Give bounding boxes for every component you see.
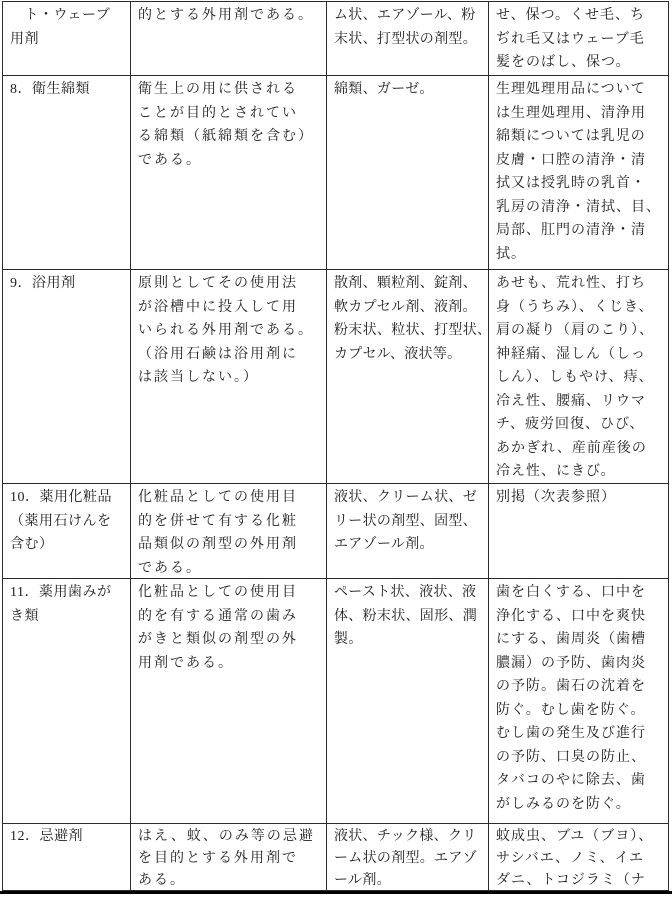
- description-cell: 衛生上の用に供される ことが目的とされてい る綿類（紙綿類を含む） である。: [131, 76, 327, 270]
- dosage-form-cell: 綿類、ガーゼ。: [327, 76, 489, 270]
- effects-cell: 生理処理用品について は生理処理用、清浄用 綿類については乳児の 皮膚・口腔の清…: [489, 76, 668, 270]
- effects-cell: 歯を白くする、口中を 浄化する、口中を爽快 にする、歯周炎（歯槽 膿漏）の予防、…: [489, 579, 668, 824]
- quasi-drug-classification-table: ト・ウェーブ 用剤 的とする外用剤である。 ム状、エアゾール、粉 末状、打型状の…: [2, 1, 669, 891]
- dosage-form-cell: 液状、チック様、クリ ーム状の剤型。エアゾ ール剤。: [327, 824, 489, 890]
- dosage-form-cell: ム状、エアゾール、粉 末状、打型状の剤型。: [327, 2, 489, 76]
- description-cell: はえ、蚊、のみ等の忌避 を目的とする外用剤で ある。: [131, 824, 327, 890]
- description-cell: 化粧品としての使用目 的を併せて有する化粧 品類似の剤型の外用剤 である。: [131, 484, 327, 579]
- dosage-form-cell: 液状、クリーム状、ゼ リー状の剤型、固型、 エアゾール剤。: [327, 484, 489, 579]
- effects-cell: あせも、荒れ性、打ち 身（うちみ）、くじき、 肩の凝り（肩のこり）、 神経痛、湿…: [489, 270, 668, 484]
- category-cell: 9．浴用剤: [3, 270, 131, 484]
- description-cell: 原則としてその使用法 が浴槽中に投入して用 いられる外用剤である。 （浴用石鹸は…: [131, 270, 327, 484]
- category-cell: 10．薬用化粧品 （薬用石けんを 含む）: [3, 484, 131, 579]
- page-cut-border: [0, 891, 672, 894]
- description-cell: 化粧品としての使用目 的を有する通常の歯み がきと類似の剤型の外 用剤である。: [131, 579, 327, 824]
- dosage-form-cell: 散剤、顆粒剤、錠剤、 軟カプセル剤、液剤。 粉末状、粒状、打型状、 カプセル、液…: [327, 270, 489, 484]
- category-cell: 12．忌避剤: [3, 824, 131, 890]
- category-cell: 11．薬用歯みが き類: [3, 579, 131, 824]
- effects-cell: せ、保つ。くせ毛、ち ぢれ毛又はウェーブ毛 髪をのばし、保つ。: [489, 2, 668, 76]
- document-page: ト・ウェーブ 用剤 的とする外用剤である。 ム状、エアゾール、粉 末状、打型状の…: [0, 0, 672, 898]
- category-cell: 8．衛生綿類: [3, 76, 131, 270]
- description-cell: 的とする外用剤である。: [131, 2, 327, 76]
- dosage-form-cell: ペースト状、液状、液 体、粉末状、固形、潤 製。: [327, 579, 489, 824]
- effects-cell: 蚊成虫、ブユ（ブヨ）、 サシバエ、ノミ、イエ ダニ、トコジラミ（ナ: [489, 824, 668, 890]
- category-cell: ト・ウェーブ 用剤: [3, 2, 131, 76]
- effects-cell: 別掲（次表参照）: [489, 484, 668, 579]
